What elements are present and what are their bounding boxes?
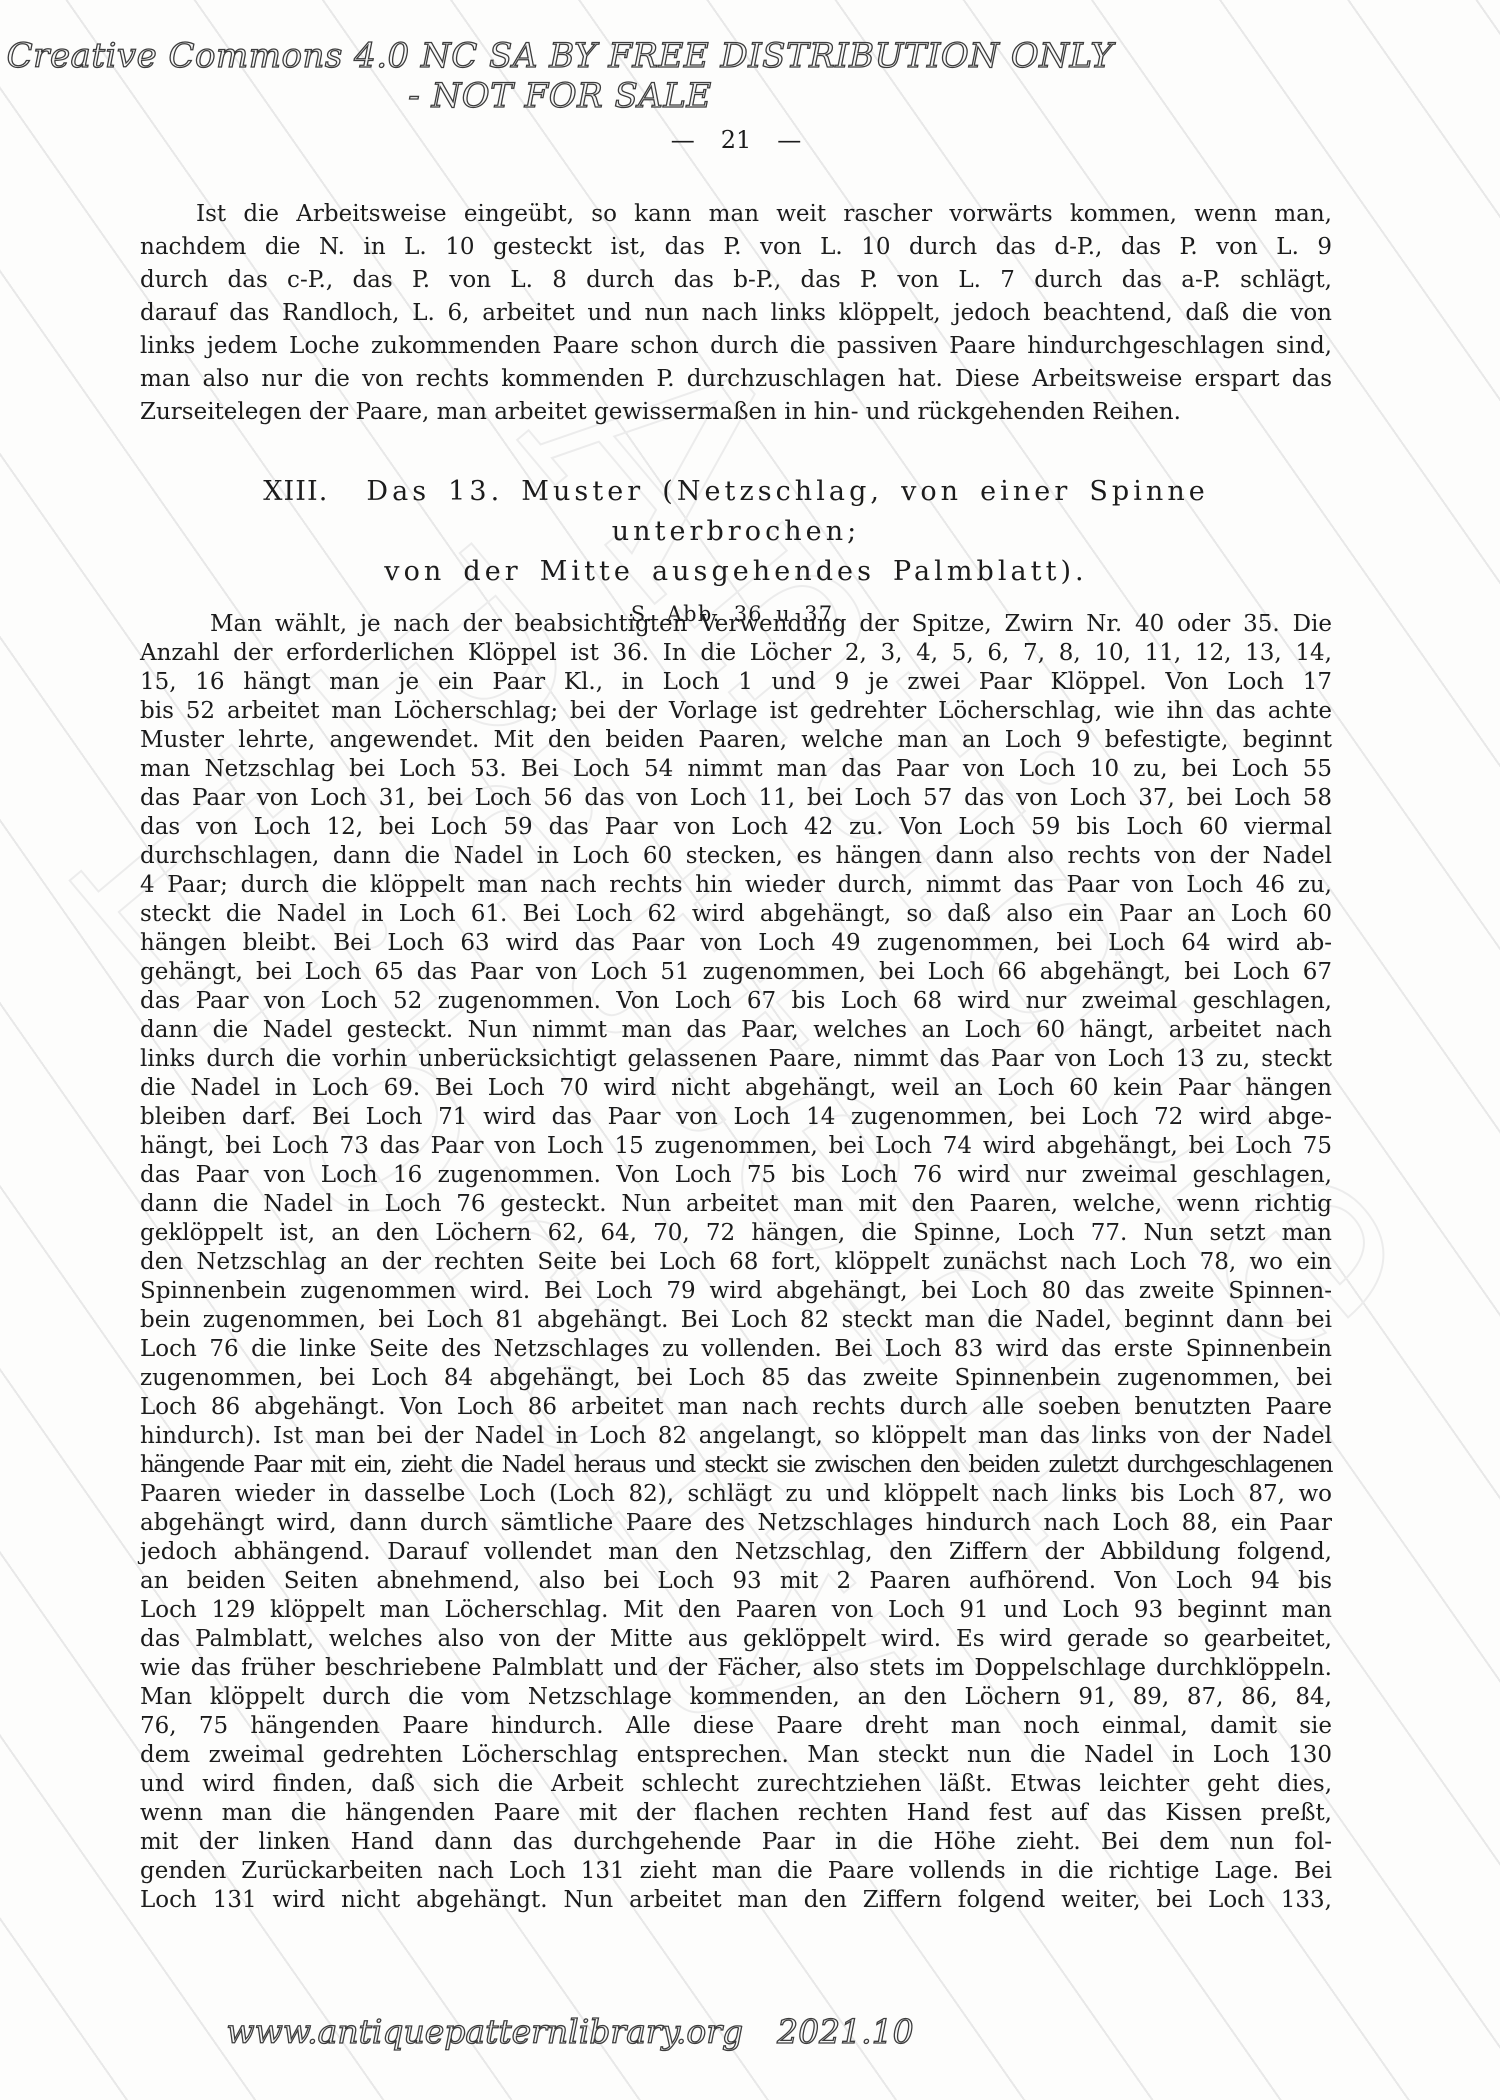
text-line: abgehängt wird, dann durch sämtliche Paa… (140, 1509, 1332, 1538)
instruction-paragraph: Man wählt, je nach der beabsichtigten Ve… (140, 610, 1332, 1915)
text-line: gehängt, bei Loch 65 das Paar von Loch 5… (140, 958, 1332, 987)
text-line: Loch 129 klöppelt man Löcherschlag. Mit … (140, 1596, 1332, 1625)
text-line: dem zweimal gedrehten Löcherschlag entsp… (140, 1741, 1332, 1770)
text-line: durch das c-P., das P. von L. 8 durch da… (140, 264, 1332, 297)
text-line: den Netzschlag an der rechten Seite bei … (140, 1248, 1332, 1277)
page-number-dash-left: — (671, 126, 695, 154)
text-line: jedoch abhängend. Darauf vollendet man d… (140, 1538, 1332, 1567)
text-line: Muster lehrte, angewendet. Mit den beide… (140, 726, 1332, 755)
text-line: das Palmblatt, welches also von der Mitt… (140, 1625, 1332, 1654)
text-line: an beiden Seiten abnehmend, also bei Loc… (140, 1567, 1332, 1596)
text-line: links durch die vorhin unberücksichtigt … (140, 1045, 1332, 1074)
text-line: man Netzschlag bei Loch 53. Bei Loch 54 … (140, 755, 1332, 784)
text-line: durchschlagen, dann die Nadel in Loch 60… (140, 842, 1332, 871)
text-line: hängen bleibt. Bei Loch 63 wird das Paar… (140, 929, 1332, 958)
text-line: Paaren wieder in dasselbe Loch (Loch 82)… (140, 1480, 1332, 1509)
text-line: links jedem Loche zukommenden Paare scho… (140, 330, 1332, 363)
text-line: hängende Paar mit ein, zieht die Nadel h… (140, 1451, 1332, 1480)
text-line: steckt die Nadel in Loch 61. Bei Loch 62… (140, 900, 1332, 929)
text-line: bis 52 arbeitet man Löcherschlag; bei de… (140, 697, 1332, 726)
footer-url: www.antiquepatternlibrary.org (226, 2012, 743, 2051)
heading-title-part-1: Das 13. Muster (Netzschlag, von einer Sp… (366, 476, 1208, 547)
text-line: Man klöppelt durch die vom Netzschlage k… (140, 1683, 1332, 1712)
text-line: 76, 75 hängenden Paare hindurch. Alle di… (140, 1712, 1332, 1741)
text-line: Loch 76 die linke Seite des Netzschlages… (140, 1335, 1332, 1364)
footer: www.antiquepatternlibrary.org2021.10 (0, 2012, 1140, 2051)
section-heading: XIII.Das 13. Muster (Netzschlag, von ein… (140, 472, 1332, 626)
text-line: wie das früher beschriebene Palmblatt un… (140, 1654, 1332, 1683)
text-line: man also nur die von rechts kommenden P.… (140, 363, 1332, 396)
text-line: das von Loch 12, bei Loch 59 das Paar vo… (140, 813, 1332, 842)
text-line: wenn man die hängenden Paare mit der fla… (140, 1799, 1332, 1828)
text-line: das Paar von Loch 52 zugenommen. Von Loc… (140, 987, 1332, 1016)
intro-paragraph: Ist die Arbeitsweise eingeübt, so kann m… (140, 198, 1332, 429)
page-number: —21— (140, 126, 1332, 154)
page-number-value: 21 (721, 126, 752, 154)
text-line: Loch 131 wird nicht abgehängt. Nun arbei… (140, 1886, 1332, 1915)
text-line: darauf das Randloch, L. 6, arbeitet und … (140, 297, 1332, 330)
text-line: zugenommen, bei Loch 84 abgehängt, bei L… (140, 1364, 1332, 1393)
text-line: 4 Paar; durch die klöppelt man nach rech… (140, 871, 1332, 900)
text-line: Anzahl der erforderlichen Klöppel ist 36… (140, 639, 1332, 668)
text-line: geklöppelt ist, an den Löchern 62, 64, 7… (140, 1219, 1332, 1248)
scanned-book-page: AntiquePatternLibrary Creative Commons 4… (0, 0, 1500, 2100)
text-line: hängt, bei Loch 73 das Paar von Loch 15 … (140, 1132, 1332, 1161)
text-line: dann die Nadel in Loch 76 gesteckt. Nun … (140, 1190, 1332, 1219)
text-line: Loch 86 abgehängt. Von Loch 86 arbeitet … (140, 1393, 1332, 1422)
text-line: 15, 16 hängt man je ein Paar Kl., in Loc… (140, 668, 1332, 697)
text-line: genden Zurückarbeiten nach Loch 131 zieh… (140, 1857, 1332, 1886)
text-line: bleiben darf. Bei Loch 71 wird das Paar … (140, 1103, 1332, 1132)
text-line: das Paar von Loch 16 zugenommen. Von Loc… (140, 1161, 1332, 1190)
text-line: die Nadel in Loch 69. Bei Loch 70 wird n… (140, 1074, 1332, 1103)
page-number-dash-right: — (777, 126, 801, 154)
text-line: hindurch). Ist man bei der Nadel in Loch… (140, 1422, 1332, 1451)
heading-line-1: XIII.Das 13. Muster (Netzschlag, von ein… (140, 472, 1332, 552)
text-line: dann die Nadel gesteckt. Nun nimmt man d… (140, 1016, 1332, 1045)
text-line: und wird finden, daß sich die Arbeit sch… (140, 1770, 1332, 1799)
text-line: nachdem die N. in L. 10 gesteckt ist, da… (140, 231, 1332, 264)
heading-numeral: XIII. (263, 476, 328, 507)
footer-edition: 2021.10 (777, 2012, 913, 2051)
text-line: bein zugenommen, bei Loch 81 abgehängt. … (140, 1306, 1332, 1335)
text-line: Zurseitelegen der Paare, man arbeitet ge… (140, 396, 1332, 429)
heading-line-2: von der Mitte ausgehendes Palmblatt). (140, 552, 1332, 592)
license-banner: Creative Commons 4.0 NC SA BY FREE DISTR… (0, 36, 1120, 116)
text-line: das Paar von Loch 31, bei Loch 56 das vo… (140, 784, 1332, 813)
text-line: Ist die Arbeitsweise eingeübt, so kann m… (140, 198, 1332, 231)
text-line: Spinnenbein zugenommen wird. Bei Loch 79… (140, 1277, 1332, 1306)
text-line: mit der linken Hand dann das durchgehend… (140, 1828, 1332, 1857)
text-line: Man wählt, je nach der beabsichtigten Ve… (140, 610, 1332, 639)
